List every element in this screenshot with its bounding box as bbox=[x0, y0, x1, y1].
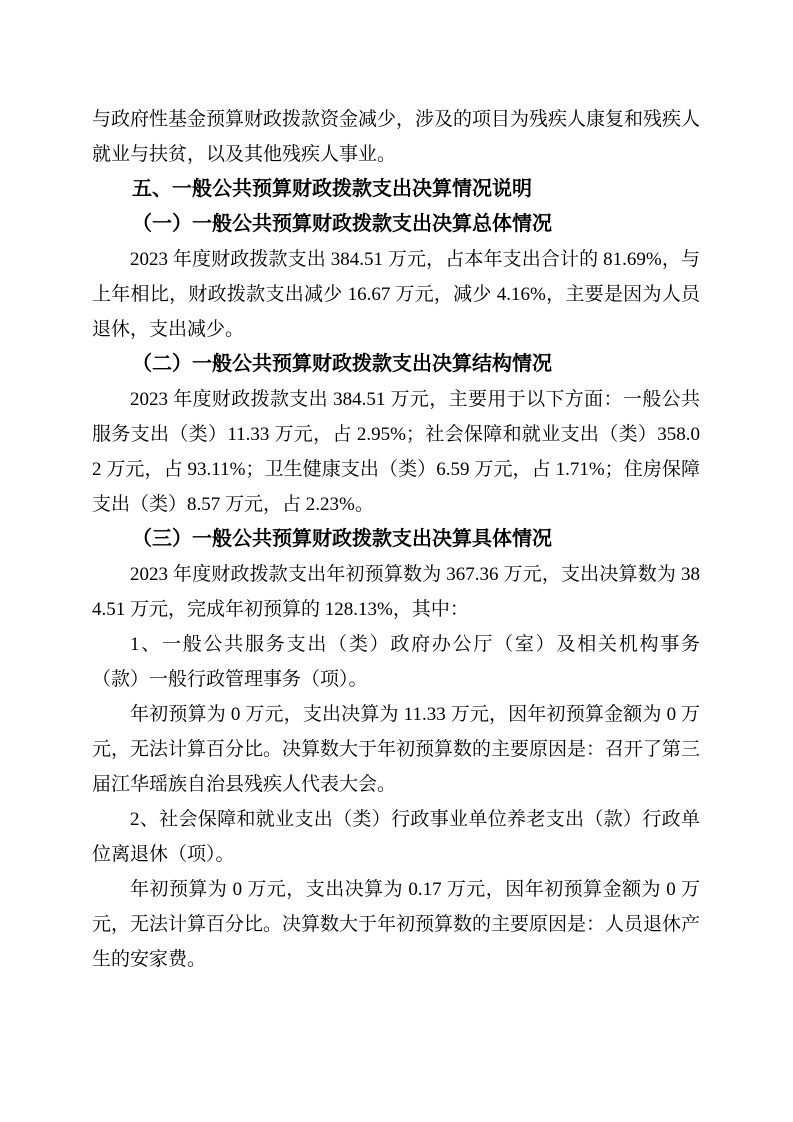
document-content: 与政府性基金预算财政拨款资金减少，涉及的项目为残疾人康复和残疾人就业与扶贫，以及… bbox=[0, 0, 793, 977]
paragraph-item-2-detail: 年初预算为 0 万元，支出决算为 0.17 万元，因年初预算金额为 0 万元，无… bbox=[92, 872, 700, 977]
document-page: 与政府性基金预算财政拨款资金减少，涉及的项目为残疾人康复和残疾人就业与扶贫，以及… bbox=[0, 0, 793, 1122]
paragraph-overall-situation: 2023 年度财政拨款支出 384.51 万元，占本年支出合计的 81.69%，… bbox=[92, 242, 700, 347]
subsection-heading-2: （二）一般公共预算财政拨款支出决算结构情况 bbox=[92, 347, 700, 382]
paragraph-item-1-detail: 年初预算为 0 万元，支出决算为 11.33 万元，因年初预算金额为 0 万元，… bbox=[92, 697, 700, 802]
subsection-heading-3: （三）一般公共预算财政拨款支出决算具体情况 bbox=[92, 522, 700, 557]
subsection-heading-1: （一）一般公共预算财政拨款支出决算总体情况 bbox=[92, 207, 700, 242]
paragraph-item-1-title: 1、一般公共服务支出（类）政府办公厅（室）及相关机构事务（款）一般行政管理事务（… bbox=[92, 627, 700, 697]
paragraph-structure-situation: 2023 年度财政拨款支出 384.51 万元，主要用于以下方面：一般公共服务支… bbox=[92, 382, 700, 522]
section-heading-5: 五、一般公共预算财政拨款支出决算情况说明 bbox=[92, 172, 700, 207]
paragraph-continuation: 与政府性基金预算财政拨款资金减少，涉及的项目为残疾人康复和残疾人就业与扶贫，以及… bbox=[92, 102, 700, 172]
paragraph-specific-overview: 2023 年度财政拨款支出年初预算数为 367.36 万元，支出决算数为 384… bbox=[92, 557, 700, 627]
paragraph-item-2-title: 2、社会保障和就业支出（类）行政事业单位养老支出（款）行政单位离退休（项）。 bbox=[92, 802, 700, 872]
